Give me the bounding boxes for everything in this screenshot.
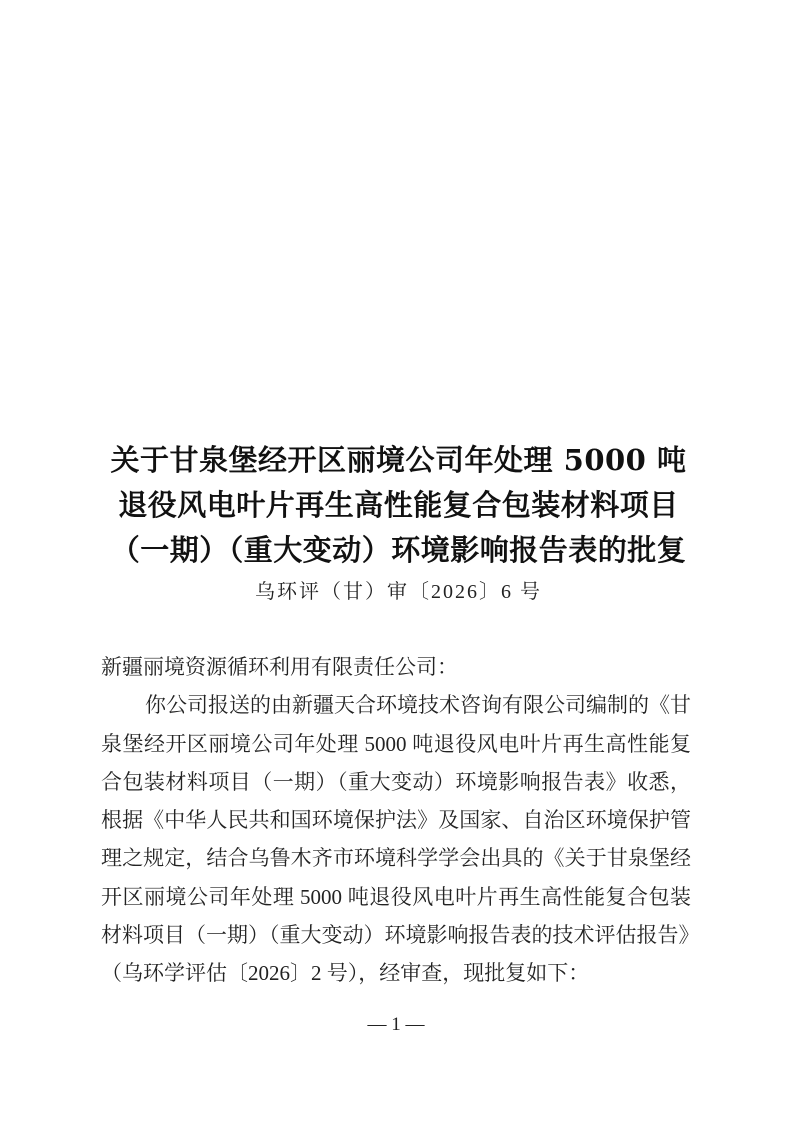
body-line-6: 开区丽境公司年处理 5000 吨退役风电叶片再生高性能复合包装 — [101, 878, 691, 916]
page-number: — 1 — — [296, 1012, 496, 1038]
title-line-2: 退役风电叶片再生高性能复合包装材料项目 — [96, 483, 701, 528]
document-body: 新疆丽境资源循环利用有限责任公司： 你公司报送的由新疆天合环境技术咨询有限公司编… — [101, 648, 691, 993]
addressee: 新疆丽境资源循环利用有限责任公司： — [101, 648, 691, 686]
body-line-2: 泉堡经开区丽境公司年处理 5000 吨退役风电叶片再生高性能复 — [101, 725, 691, 763]
document-number: 乌环评（甘）审〔2026〕6 号 — [96, 578, 701, 606]
body-line-7: 材料项目（一期）（重大变动）环境影响报告表的技术评估报告》 — [101, 916, 691, 954]
title-line-3: （一期）（重大变动）环境影响报告表的批复 — [96, 528, 701, 573]
body-line-3: 合包装材料项目（一期）（重大变动）环境影响报告表》收悉， — [101, 763, 691, 801]
document-title: 关于甘泉堡经开区丽境公司年处理 5000 吨 退役风电叶片再生高性能复合包装材料… — [96, 438, 701, 573]
body-line-4: 根据《中华人民共和国环境保护法》及国家、自治区环境保护管 — [101, 801, 691, 839]
title-line-1: 关于甘泉堡经开区丽境公司年处理 5000 吨 — [96, 438, 701, 483]
body-line-8: （乌环学评估〔2026〕2 号），经审查，现批复如下： — [101, 954, 691, 992]
body-line-5: 理之规定，结合乌鲁木齐市环境科学学会出具的《关于甘泉堡经 — [101, 839, 691, 877]
document-page: 关于甘泉堡经开区丽境公司年处理 5000 吨 退役风电叶片再生高性能复合包装材料… — [0, 0, 793, 1122]
body-line-1: 你公司报送的由新疆天合环境技术咨询有限公司编制的《甘 — [101, 686, 691, 724]
